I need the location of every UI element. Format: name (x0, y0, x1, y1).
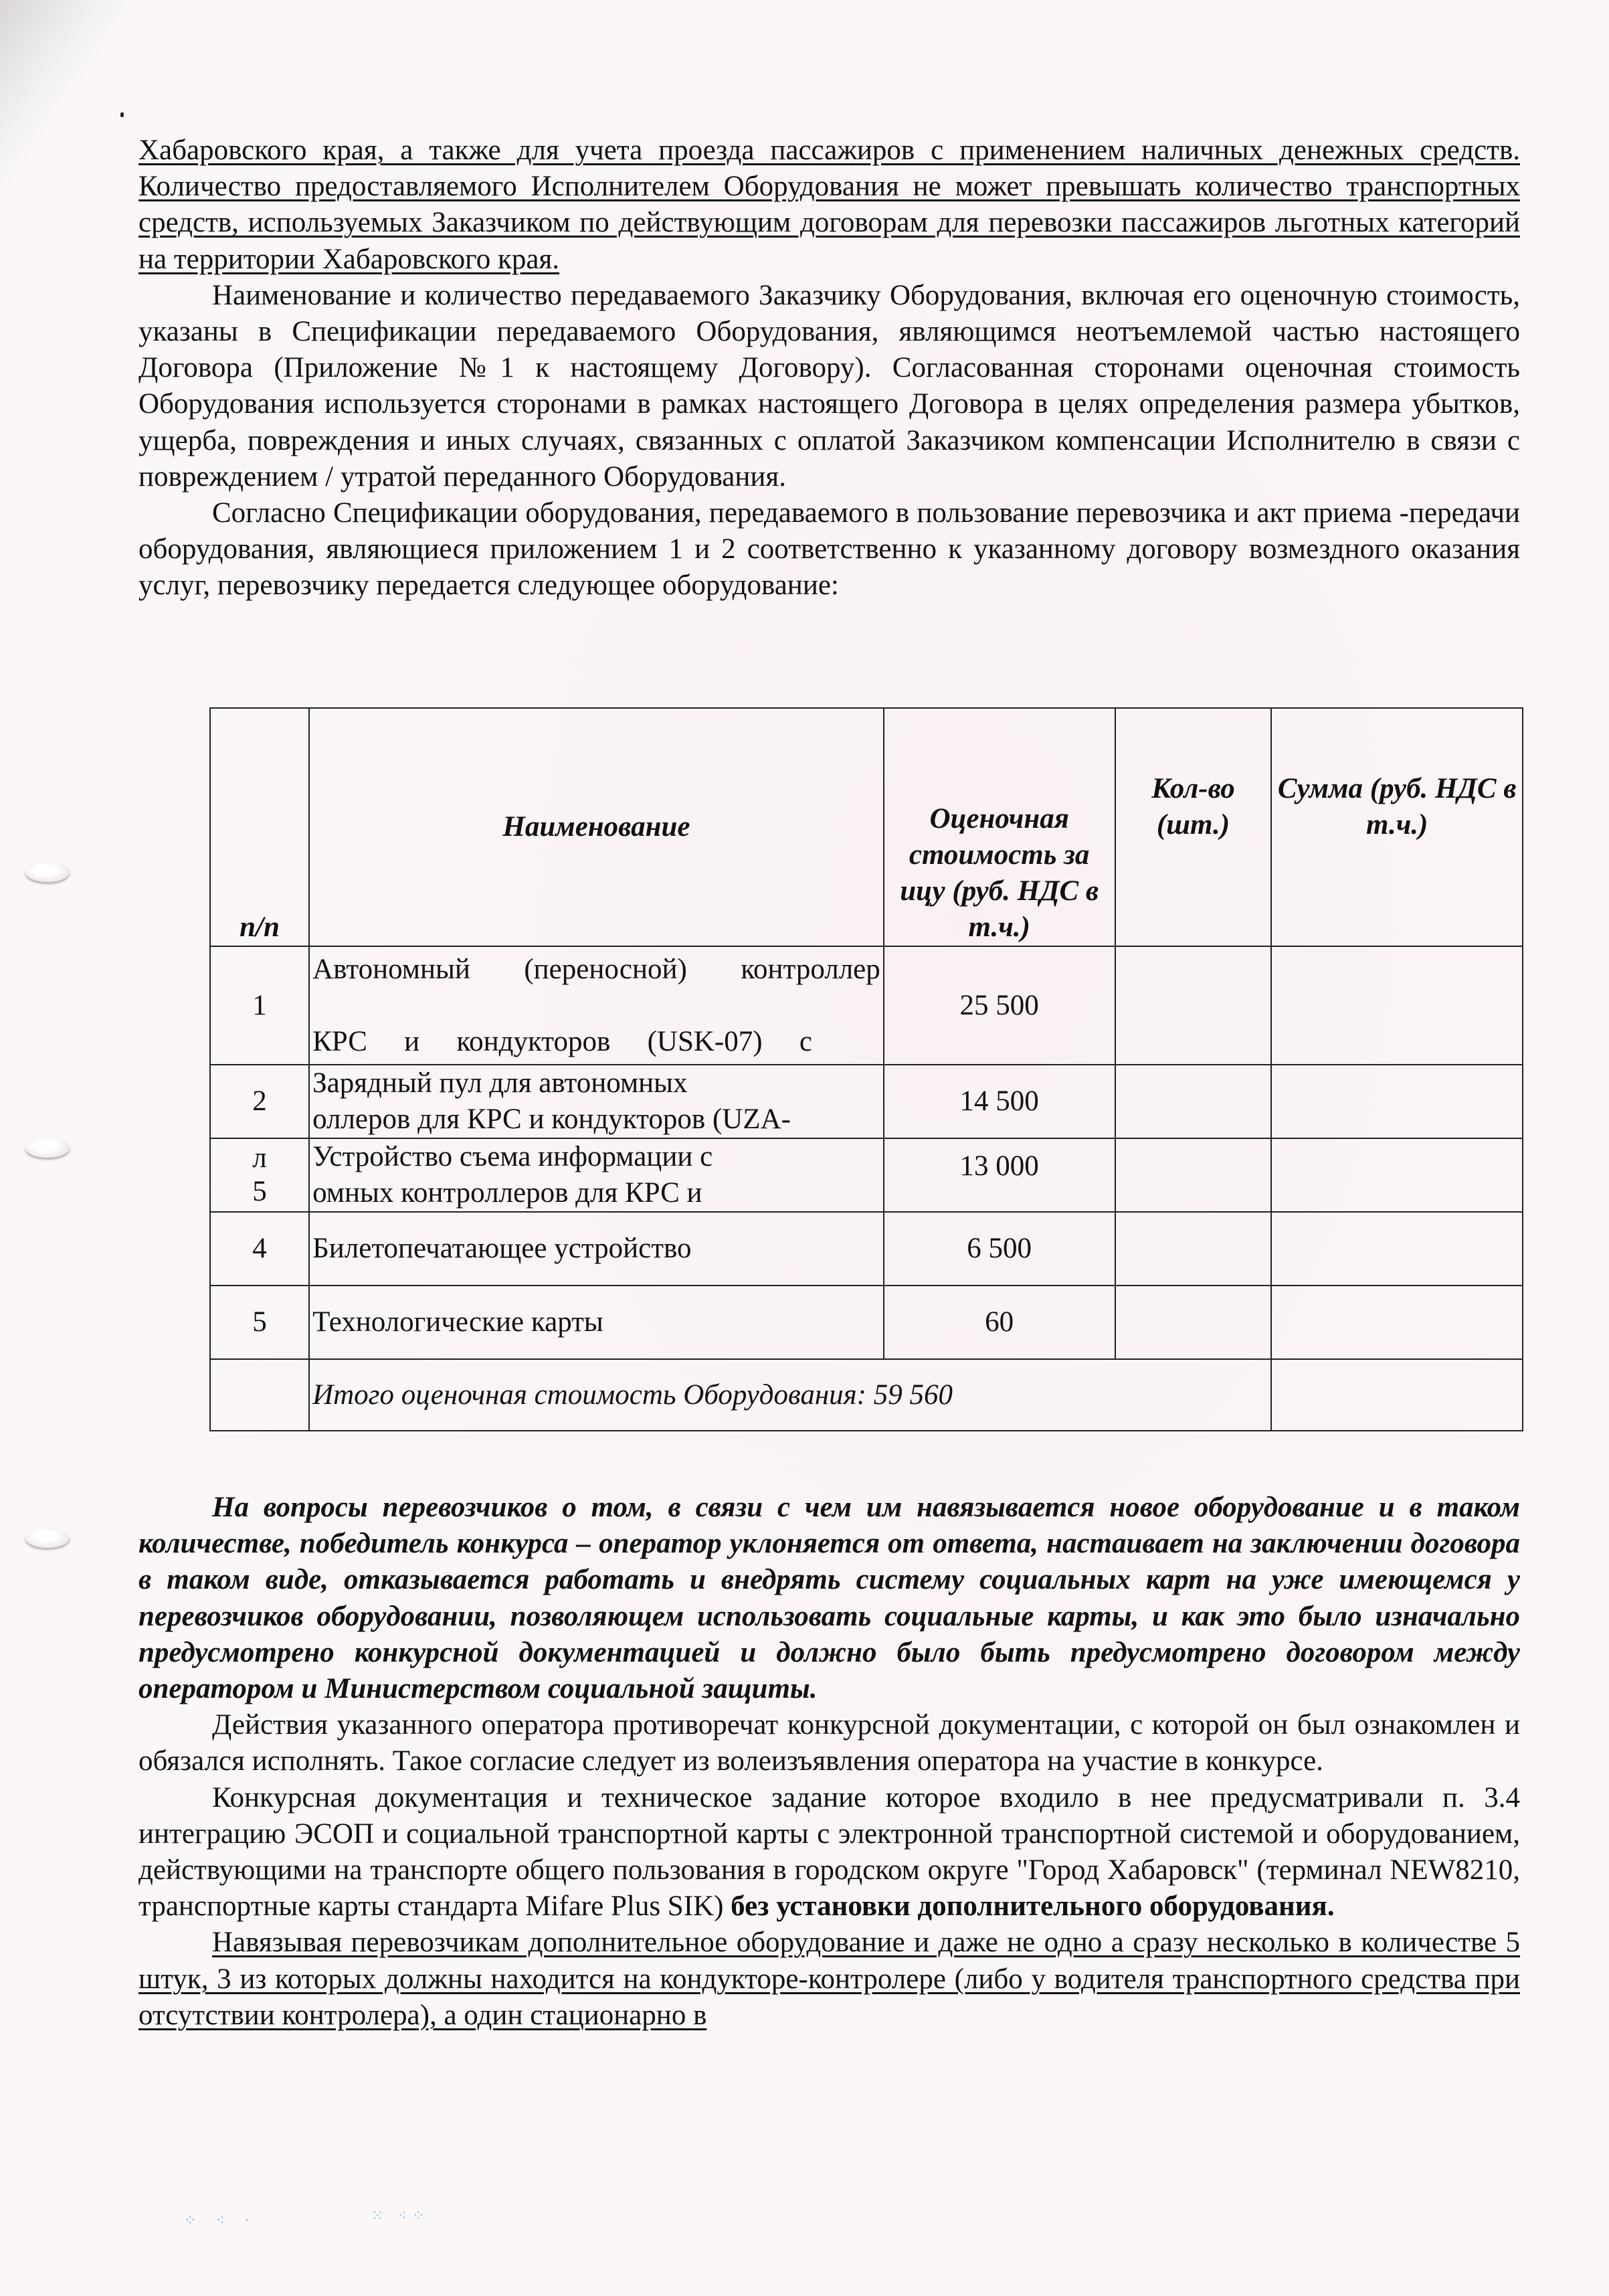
row-qty (1115, 1286, 1272, 1359)
document-body-continued: На вопросы перевозчиков о том, в связи с… (138, 1490, 1520, 2034)
row-name: Устройство съема информации с омных конт… (309, 1138, 884, 1212)
row-sum (1271, 946, 1523, 1065)
paragraph-specification: Наименование и количество передаваемого … (138, 278, 1520, 495)
row-num: 2 (210, 1065, 309, 1138)
table-row: л 5 Устройство съема информации с омных … (210, 1138, 1523, 1212)
ink-speck (120, 112, 124, 117)
paragraph-equipment-intro: Согласно Спецификации оборудования, пере… (138, 495, 1520, 604)
paragraph-tender-documentation: Конкурсная документация и техническое за… (138, 1780, 1520, 1925)
row-name: Технологические карты (309, 1286, 884, 1359)
row-name: Зарядный пул для автономных оллеров для … (309, 1065, 884, 1138)
header-name: Наименование (309, 708, 884, 946)
row-num: 5 (210, 1286, 309, 1359)
emphasis-no-extra-equipment: без установки дополнительного оборудован… (731, 1890, 1334, 1922)
equipment-specification-table: п/п Наименование Оценочная стоимость за … (209, 707, 1523, 1431)
row-sum (1271, 1138, 1523, 1212)
row-qty (1115, 1138, 1272, 1212)
row-num: 1 (210, 946, 309, 1065)
paragraph-operator-actions: Действия указанного оператора противореч… (138, 1707, 1520, 1779)
row-unit-cost: 25 500 (884, 946, 1115, 1065)
row-num: л 5 (210, 1138, 309, 1212)
table-total-row: Итого оценочная стоимость Оборудования: … (210, 1359, 1523, 1431)
row-name: Автономный (переносной) контроллер КРС и… (309, 946, 884, 1065)
row-qty (1115, 1212, 1272, 1286)
row-unit-cost: 14 500 (884, 1065, 1115, 1138)
paragraph-imposed-equipment: Навязывая перевозчикам дополнительное об… (138, 1925, 1520, 2034)
total-num (210, 1359, 309, 1431)
punch-hole-1 (25, 862, 70, 882)
punch-hole-3 (25, 1528, 70, 1548)
table-row: 2 Зарядный пул для автономных оллеров дл… (210, 1065, 1523, 1138)
punch-hole-2 (25, 1138, 70, 1158)
row-unit-cost: 6 500 (884, 1212, 1115, 1286)
row-sum (1271, 1286, 1523, 1359)
row-unit-cost: 60 (884, 1286, 1115, 1359)
stray-ink-marks: ⁘ ⁖ · (184, 2212, 258, 2229)
total-sum (1271, 1359, 1523, 1431)
row-sum (1271, 1065, 1523, 1138)
row-qty (1115, 1065, 1272, 1138)
row-unit-cost: 13 000 (884, 1138, 1115, 1212)
document-body: Хабаровского края, а также для учета про… (138, 133, 1520, 604)
paragraph-limit-equipment: Хабаровского края, а также для учета про… (138, 133, 1520, 278)
row-sum (1271, 1212, 1523, 1286)
header-sum: Сумма (руб. НДС в т.ч.) (1271, 708, 1523, 946)
header-num: п/п (210, 708, 309, 946)
paragraph-carriers-questions: На вопросы перевозчиков о том, в связи с… (138, 1490, 1520, 1707)
total-label: Итого оценочная стоимость Оборудования: … (309, 1359, 1271, 1431)
row-num: 4 (210, 1212, 309, 1286)
table-row: 1 Автономный (переносной) контроллер КРС… (210, 946, 1523, 1065)
stray-ink-marks: ⁙ ⁖⁘ (371, 2207, 430, 2224)
row-qty (1115, 946, 1272, 1065)
row-name: Билетопечатающее устройство (309, 1212, 884, 1286)
header-unit-cost: Оценочная стоимость за ицу (руб. НДС в т… (884, 708, 1115, 946)
table-header-row: п/п Наименование Оценочная стоимость за … (210, 708, 1523, 946)
table-row: 5 Технологические карты 60 (210, 1286, 1523, 1359)
header-qty: Кол-во (шт.) (1115, 708, 1272, 946)
table-row: 4 Билетопечатающее устройство 6 500 (210, 1212, 1523, 1286)
